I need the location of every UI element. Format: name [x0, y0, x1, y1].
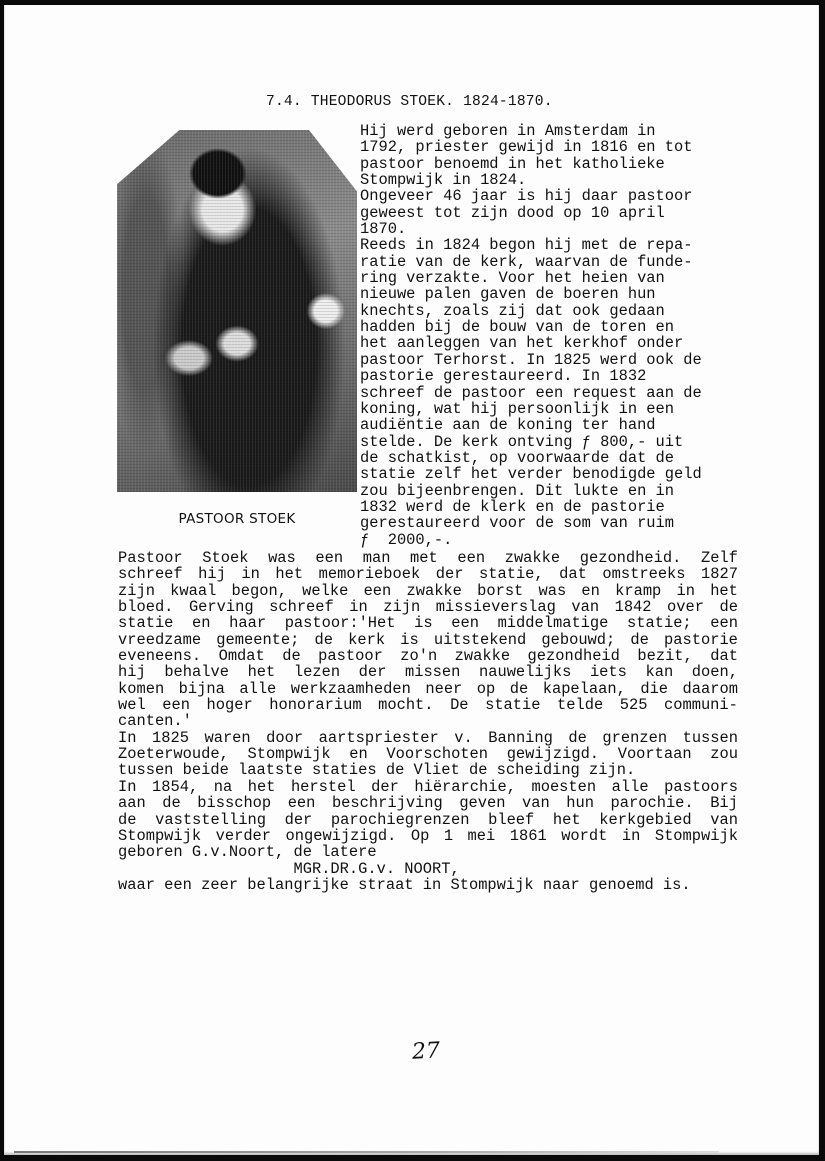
text-line: stelde. De kerk ontving ƒ 800,- uit [360, 434, 740, 450]
photo-caption: PASTOOR STOEK [117, 511, 357, 527]
portrait-photo [117, 130, 357, 492]
text-line: zou bijeenbrengen. Dit lukte en in [360, 483, 740, 499]
text-line: zijnkwaalbegon,welkeeenzwakkeborstwasenk… [118, 583, 738, 599]
text-line: tussen beide laatste staties de Vliet de… [118, 762, 738, 778]
text-line: schreef de pastoor een request aan de [360, 385, 740, 401]
text-line: Hij werd geboren in Amsterdam in [360, 123, 740, 139]
text-line: Stompwijk in 1824. [360, 172, 740, 188]
text-line: nieuwe palen gaven de boeren hun [360, 286, 740, 302]
scanned-page: 7.4. THEODORUS STOEK. 1824-1870. PASTOOR… [4, 5, 819, 1155]
text-line: pastoor benoemd in het katholieke [360, 156, 740, 172]
text-line: hijbehalvehetlezendermissennauwelijksiet… [118, 664, 738, 680]
text-line: komenbijnaallewerkzaamhedenneeropdekapel… [118, 681, 738, 697]
text-line: het aanleggen van het kerkhof onder [360, 335, 740, 351]
text-line: devaststellingderparochiegrenzenbleefhet… [118, 812, 738, 828]
text-line: waar een zeer belangrijke straat in Stom… [118, 877, 738, 893]
text-line: geboren G.v.Noort, de latere [118, 844, 738, 860]
text-line: koning, wat hij persoonlijk in een [360, 401, 740, 417]
text-line: aandebisschopeenbeschrijvinggevenvanhunp… [118, 795, 738, 811]
text-line: pastoor Terhorst. In 1825 werd ook de [360, 352, 740, 368]
text-line: audiëntie aan de koning ter hand [360, 417, 740, 433]
text-line: In1854,nahetherstelderhiërarchie,moesten… [118, 779, 738, 795]
handwritten-page-number: 27 [411, 1038, 440, 1064]
text-line: 1870. [360, 221, 740, 237]
intro-paragraph: Hij werd geboren in Amsterdam in1792, pr… [360, 123, 740, 548]
text-line: MGR.DR.G.v. NOORT, [118, 861, 738, 877]
text-line: schreefhijinhetmemorieboekderstatie,dato… [118, 566, 738, 582]
text-line: 1792, priester gewijd in 1816 en tot [360, 139, 740, 155]
text-line: ratie van de kerk, waarvan de funde- [360, 254, 740, 270]
text-line: Stompwijkverderongewijzigd.Op1mei1861wor… [118, 828, 738, 844]
text-line: ring verzakte. Voor het heien van [360, 270, 740, 286]
scan-edge-shadow [14, 1151, 719, 1153]
section-title: 7.4. THEODORUS STOEK. 1824-1870. [266, 94, 553, 110]
text-line: hadden bij de bouw van de toren en [360, 319, 740, 335]
text-line: bloed.Gervingschreefinzijnmissieverslagv… [118, 599, 738, 615]
text-line: eveneens.Omdatdepastoorzo'nzwakkegezondh… [118, 648, 738, 664]
text-line: knechts, zoals zij dat ook gedaan [360, 303, 740, 319]
text-line: vreedzamegemeente;dekerkisuitstekendgebo… [118, 632, 738, 648]
text-line: weleenhogerhonorariummocht.Destatietelde… [118, 697, 738, 713]
text-line: 1832 werd de klerk en de pastorie [360, 499, 740, 515]
text-line: Reeds in 1824 begon hij met de repa- [360, 237, 740, 253]
text-line: canten.' [118, 713, 738, 729]
text-line: gerestaureerd voor de som van ruim [360, 515, 740, 531]
text-line: de schatkist, op voorwaarde dat de [360, 450, 740, 466]
text-line: In1825warendooraartspriesterv.Banningdeg… [118, 730, 738, 746]
text-line: ƒ 2000,-. [360, 532, 740, 548]
text-line: Zoeterwoude,StompwijkenVoorschotengewijz… [118, 746, 738, 762]
text-line: geweest tot zijn dood op 10 april [360, 205, 740, 221]
text-line: statieenhaarpastoor:'Hetiseenmiddelmatig… [118, 615, 738, 631]
portrait-image [117, 130, 357, 492]
text-line: statie zelf het verder benodigde geld [360, 466, 740, 482]
text-line: Ongeveer 46 jaar is hij daar pastoor [360, 188, 740, 204]
body-paragraphs: PastoorStoekwaseenmanmeteenzwakkegezondh… [118, 550, 738, 893]
text-line: PastoorStoekwaseenmanmeteenzwakkegezondh… [118, 550, 738, 566]
text-line: pastorie gerestaureerd. In 1832 [360, 368, 740, 384]
